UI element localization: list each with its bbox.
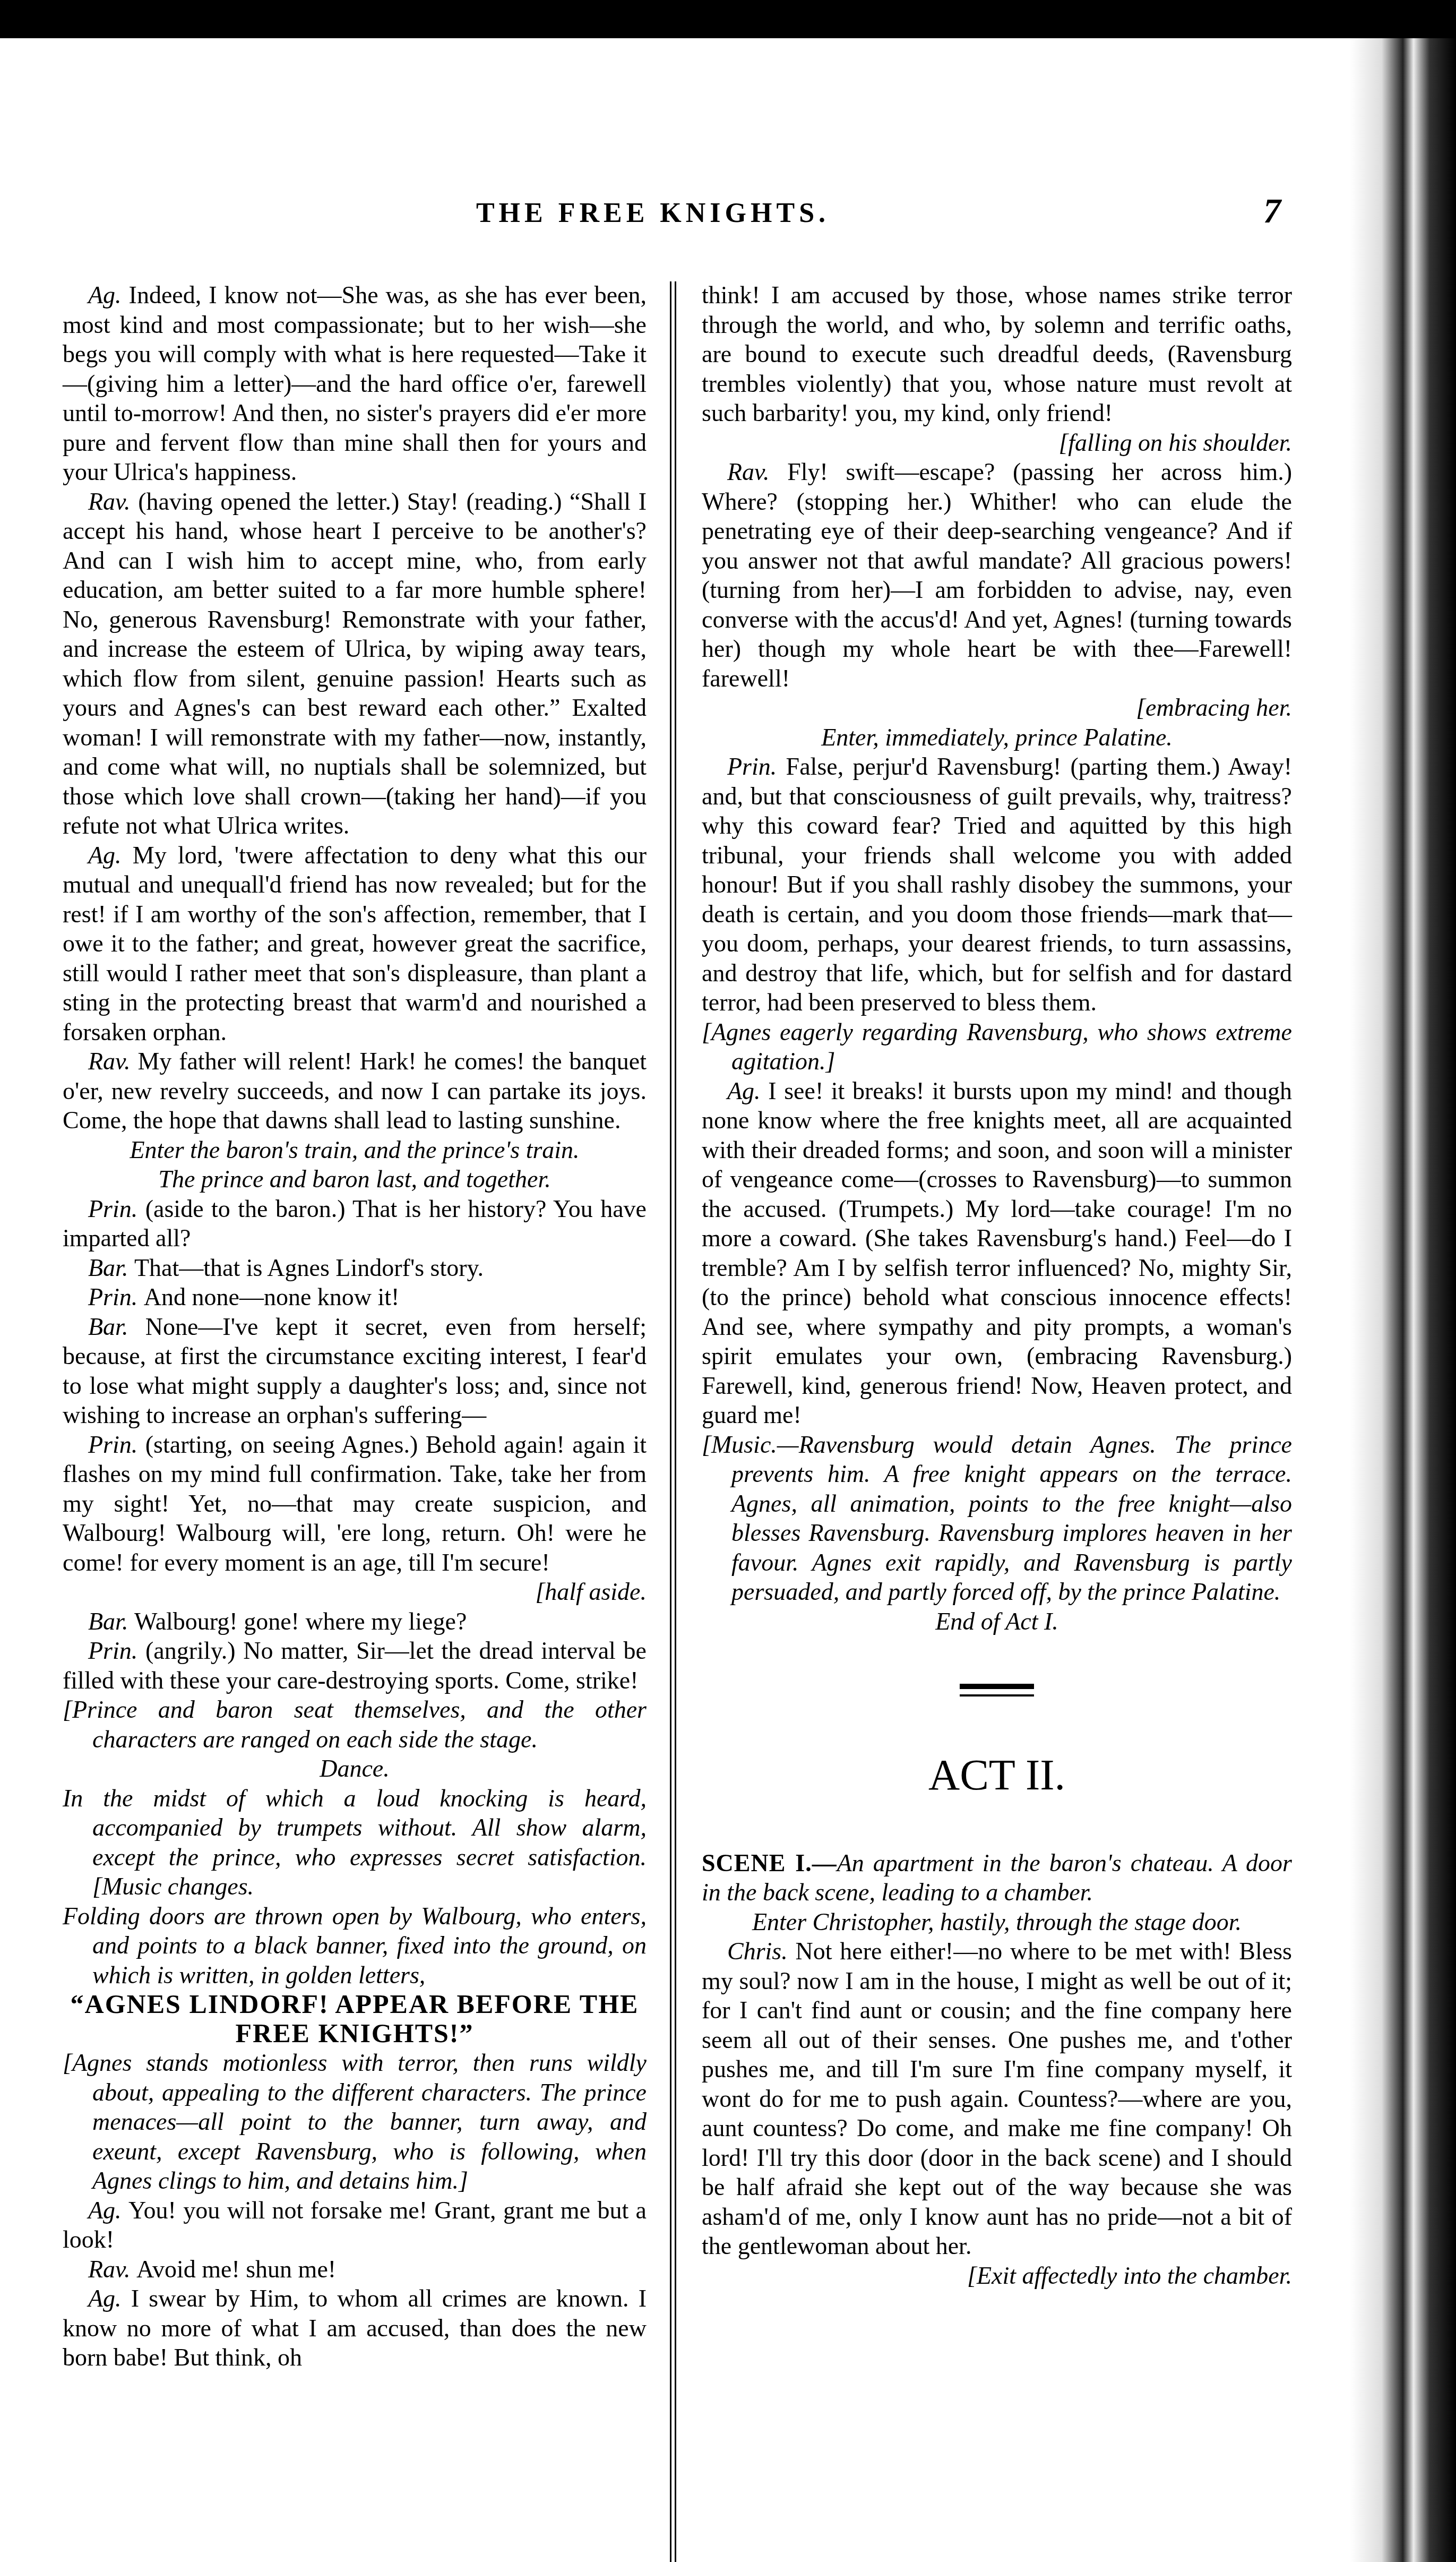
speech-text: Indeed, I know not—She was, as she has e… xyxy=(63,281,647,485)
speaker-name: Rav. xyxy=(88,1048,137,1075)
speaker-name: Prin. xyxy=(88,1283,144,1310)
speaker-name: Prin. xyxy=(88,1195,145,1222)
speech-paragraph: Bar. That—that is Agnes Lindorf's story. xyxy=(63,1253,647,1283)
speaker-name: Ag. xyxy=(88,2197,128,2224)
speech-text: None—I've kept it secret, even from hers… xyxy=(63,1313,647,1429)
speech-text: My lord, 'twere affectation to deny what… xyxy=(63,842,647,1046)
speech-paragraph: Prin. (starting, on seeing Agnes.) Behol… xyxy=(63,1430,647,1578)
speech-text: And none—none know it! xyxy=(144,1283,400,1310)
speech-paragraph: Chris. Not here either!—no where to be m… xyxy=(702,1937,1292,2261)
speech-text: False, perjur'd Ravensburg! (parting the… xyxy=(702,753,1292,1016)
speech-paragraph: Prin. And none—none know it! xyxy=(63,1282,647,1312)
speech-text: You! you will not forsake me! Grant, gra… xyxy=(63,2197,647,2253)
speech-text: (having opened the letter.) Stay! (readi… xyxy=(63,488,647,839)
act-separator-rule xyxy=(960,1684,1034,1696)
right-column: think! I am accused by those, whose name… xyxy=(702,280,1292,2290)
stage-direction-centered: Enter the baron's train, and the prince'… xyxy=(63,1135,647,1165)
speech-text: (angrily.) No matter, Sir—let the dread … xyxy=(63,1637,647,1694)
speech-paragraph: Ag. My lord, 'twere affectation to deny … xyxy=(63,841,647,1047)
speech-paragraph: Ag. You! you will not forsake me! Grant,… xyxy=(63,2196,647,2255)
speaker-name: Bar. xyxy=(88,1254,134,1281)
speaker-name: Rav. xyxy=(88,2256,136,2283)
stage-direction-centered: The prince and baron last, and together. xyxy=(63,1164,647,1194)
speech-text: I see! it breaks! it bursts upon my mind… xyxy=(702,1077,1292,1429)
speech-text: Fly! swift—escape? (passing her across h… xyxy=(702,458,1292,692)
stage-direction-right: [falling on his shoulder. xyxy=(702,428,1292,458)
stage-direction: [Prince and baron seat themselves, and t… xyxy=(63,1695,647,1754)
speech-paragraph: Prin. (angrily.) No matter, Sir—let the … xyxy=(63,1636,647,1695)
speech-paragraph: Prin. (aside to the baron.) That is her … xyxy=(63,1194,647,1253)
scene-label: SCENE I.— xyxy=(702,1849,837,1876)
speaker-name: Ag. xyxy=(88,281,129,309)
stage-direction: [Music.—Ravensburg would detain Agnes. T… xyxy=(702,1430,1292,1607)
speech-text: My father will relent! Hark! he comes! t… xyxy=(63,1048,647,1134)
speaker-name: Bar. xyxy=(88,1313,145,1340)
stage-direction-right: [embracing her. xyxy=(702,693,1292,723)
speech-paragraph: Rav. (having opened the letter.) Stay! (… xyxy=(63,487,647,841)
speaker-name: Prin. xyxy=(88,1431,145,1458)
speech-paragraph: Ag. Indeed, I know not—She was, as she h… xyxy=(63,280,647,487)
speech-paragraph: Prin. False, perjur'd Ravensburg! (parti… xyxy=(702,752,1292,1017)
speech-paragraph: Ag. I see! it breaks! it bursts upon my … xyxy=(702,1076,1292,1430)
stage-direction-centered: Dance. xyxy=(63,1754,647,1784)
stage-direction: [Agnes stands motionless with terror, th… xyxy=(63,2048,647,2196)
running-title: THE FREE KNIGHTS. xyxy=(0,198,1306,229)
page-edge-shadow xyxy=(1350,38,1456,2562)
stage-direction: [Agnes eagerly regarding Ravensburg, who… xyxy=(702,1017,1292,1076)
speech-text: Not here either!—no where to be met with… xyxy=(702,1938,1292,2259)
speech-text: That—that is Agnes Lindorf's story. xyxy=(134,1254,484,1281)
speaker-name: Prin. xyxy=(727,753,786,780)
speaker-name: Prin. xyxy=(88,1637,145,1664)
page-number: 7 xyxy=(1263,191,1281,232)
speech-paragraph: Rav. My father will relent! Hark! he com… xyxy=(63,1047,647,1135)
speech-paragraph: Ag. I swear by Him, to whom all crimes a… xyxy=(63,2284,647,2372)
stage-direction-centered: Enter Christopher, hastily, through the … xyxy=(702,1907,1292,1937)
speech-paragraph: Rav. Fly! swift—escape? (passing her acr… xyxy=(702,457,1292,693)
speaker-name: Bar. xyxy=(88,1608,134,1635)
speech-text: Walbourg! gone! where my liege? xyxy=(134,1608,467,1635)
speaker-name: Ag. xyxy=(727,1077,768,1104)
stage-direction-centered: End of Act I. xyxy=(702,1607,1292,1636)
speech-paragraph: Bar. None—I've kept it secret, even from… xyxy=(63,1312,647,1430)
speech-paragraph: Bar. Walbourg! gone! where my liege? xyxy=(63,1607,647,1636)
stage-direction-right: [half aside. xyxy=(63,1577,647,1607)
speaker-name: Ag. xyxy=(88,842,133,869)
speaker-name: Rav. xyxy=(88,488,138,515)
stage-direction-centered: Enter, immediately, prince Palatine. xyxy=(702,723,1292,752)
speech-text: (starting, on seeing Agnes.) Behold agai… xyxy=(63,1431,647,1576)
banner-inscription: “AGNES LINDORF! APPEAR BEFORE THE FREE K… xyxy=(63,1990,647,2048)
speech-text: Avoid me! shun me! xyxy=(136,2256,336,2283)
stage-direction: In the midst of which a loud knocking is… xyxy=(63,1784,647,1901)
speech-text: I swear by Him, to whom all crimes are k… xyxy=(63,2285,647,2371)
speaker-name: Chris. xyxy=(727,1938,796,1965)
left-column: Ag. Indeed, I know not—She was, as she h… xyxy=(63,280,647,2372)
scene-heading: SCENE I.—An apartment in the baron's cha… xyxy=(702,1848,1292,1907)
speech-continuation: think! I am accused by those, whose name… xyxy=(702,280,1292,428)
speaker-name: Ag. xyxy=(88,2285,131,2312)
speaker-name: Rav. xyxy=(727,458,787,485)
act-heading: ACT II. xyxy=(702,1760,1292,1790)
speech-paragraph: Rav. Avoid me! shun me! xyxy=(63,2255,647,2284)
stage-direction: Folding doors are thrown open by Walbour… xyxy=(63,1901,647,1990)
column-divider xyxy=(670,281,676,2562)
speech-text: (aside to the baron.) That is her histor… xyxy=(63,1195,647,1252)
stage-direction-right: [Exit affectedly into the chamber. xyxy=(702,2261,1292,2291)
